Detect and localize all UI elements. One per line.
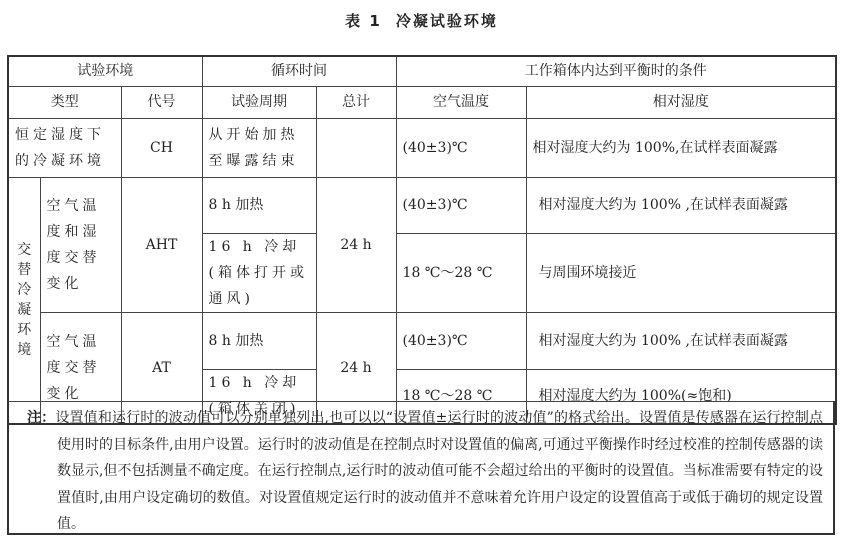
- table-row-ch: 恒定湿度下的冷凝环境 CH 从开始加热至曝露结束 (40±3)℃ 相对湿度大约为…: [8, 118, 836, 177]
- cell-code: CH: [121, 118, 202, 177]
- cell-type: 恒定湿度下的冷凝环境: [8, 118, 121, 177]
- cell-rh: 与周围环境接近: [526, 233, 836, 312]
- header-total: 总计: [316, 86, 396, 118]
- cell-air-temp: 18 ℃～28 ℃: [396, 233, 526, 312]
- header-row-columns: 类型 代号 试验周期 总计 空气温度 相对湿度: [8, 86, 836, 118]
- table-number: 表 1: [345, 12, 382, 30]
- note-text: 设置值和运行时的波动值可以分别单独列出,也可以以“设置值±运行时的波动值”的格式…: [55, 410, 823, 532]
- cell-rh: 相对湿度大约为 100% ,在试样表面凝露: [526, 312, 836, 369]
- cell-rh: 相对湿度大约为 100%,在试样表面凝露: [526, 118, 836, 177]
- header-code: 代号: [121, 86, 202, 118]
- table-note: 注：设置值和运行时的波动值可以分别单独列出,也可以以“设置值±运行时的波动值”的…: [7, 401, 835, 535]
- header-type: 类型: [8, 86, 121, 118]
- cell-code: AHT: [121, 177, 202, 312]
- cell-air-temp: (40±3)℃: [396, 118, 526, 177]
- header-rh: 相对湿度: [526, 86, 836, 118]
- cell-period: 16 h 冷却(箱体打开或通风): [202, 233, 316, 312]
- note-label: 注：: [27, 410, 55, 426]
- cell-rh: 相对湿度大约为 100% ,在试样表面凝露: [526, 177, 836, 233]
- table-row-aht-heat: 交 替 冷 凝 环 境 空气温度和湿度交替变化 AHT 8 h 加热 24 h …: [8, 177, 836, 233]
- header-test-environment: 试验环境: [8, 56, 202, 86]
- table-caption: 冷凝试验环境: [396, 12, 498, 30]
- header-row-group: 试验环境 循环时间 工作箱体内达到平衡时的条件: [8, 56, 836, 86]
- header-air-temp: 空气温度: [396, 86, 526, 118]
- table-row-at-heat: 空气温度交替变化 AT 8 h 加热 24 h (40±3)℃ 相对湿度大约为 …: [8, 312, 836, 369]
- condensation-table: 试验环境 循环时间 工作箱体内达到平衡时的条件 类型 代号 试验周期 总计 空气…: [7, 55, 837, 425]
- cell-total: [316, 118, 396, 177]
- cell-period: 8 h 加热: [202, 177, 316, 233]
- cell-air-temp: (40±3)℃: [396, 312, 526, 369]
- header-equilibrium-conditions: 工作箱体内达到平衡时的条件: [396, 56, 836, 86]
- cell-period: 8 h 加热: [202, 312, 316, 369]
- alternating-condensation-label: 交 替 冷 凝 环 境: [8, 177, 40, 424]
- cell-period: 从开始加热至曝露结束: [202, 118, 316, 177]
- cell-air-temp: (40±3)℃: [396, 177, 526, 233]
- header-cycle-time: 循环时间: [202, 56, 396, 86]
- cell-type: 空气温度和湿度交替变化: [40, 177, 121, 312]
- table-title: 表 1冷凝试验环境: [0, 10, 843, 31]
- cell-total: 24 h: [316, 177, 396, 312]
- header-period: 试验周期: [202, 86, 316, 118]
